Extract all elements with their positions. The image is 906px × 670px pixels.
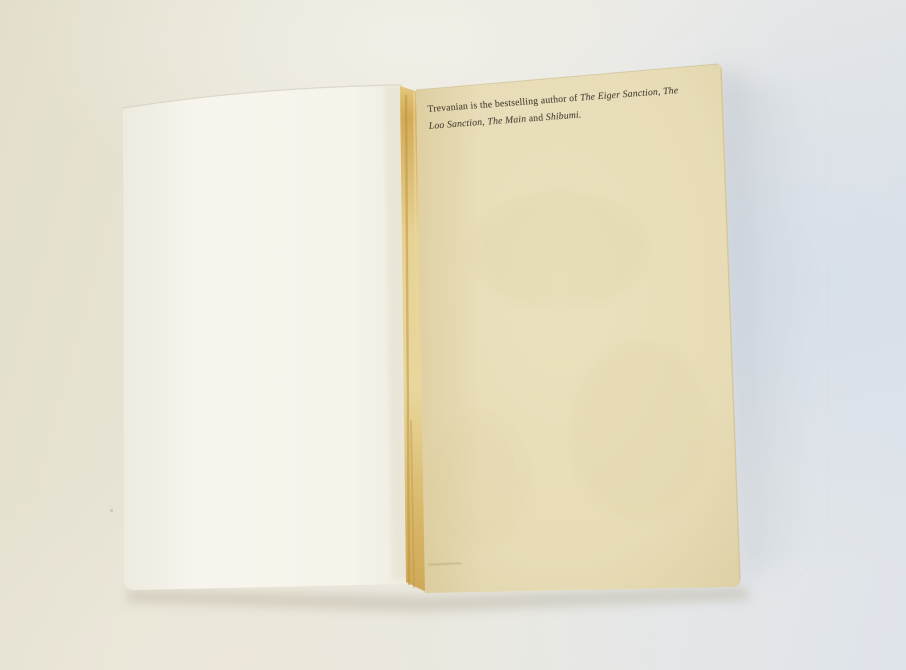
book-title: Loo Sanction [428, 117, 482, 132]
paper-mottle-3 [430, 410, 530, 550]
book-title: The Main [487, 114, 527, 128]
left-page [123, 85, 410, 590]
book-title: The [663, 85, 679, 97]
photo-open-book: Trevanian is the bestselling author of T… [0, 0, 906, 670]
paper-mottle-1 [470, 190, 650, 310]
dust-speck [110, 509, 113, 512]
paper-mottle-2 [570, 340, 710, 520]
book-title: The Eiger Sanction [580, 87, 659, 104]
book-title: Shibumi. [545, 109, 581, 123]
note-text: and [526, 112, 547, 124]
